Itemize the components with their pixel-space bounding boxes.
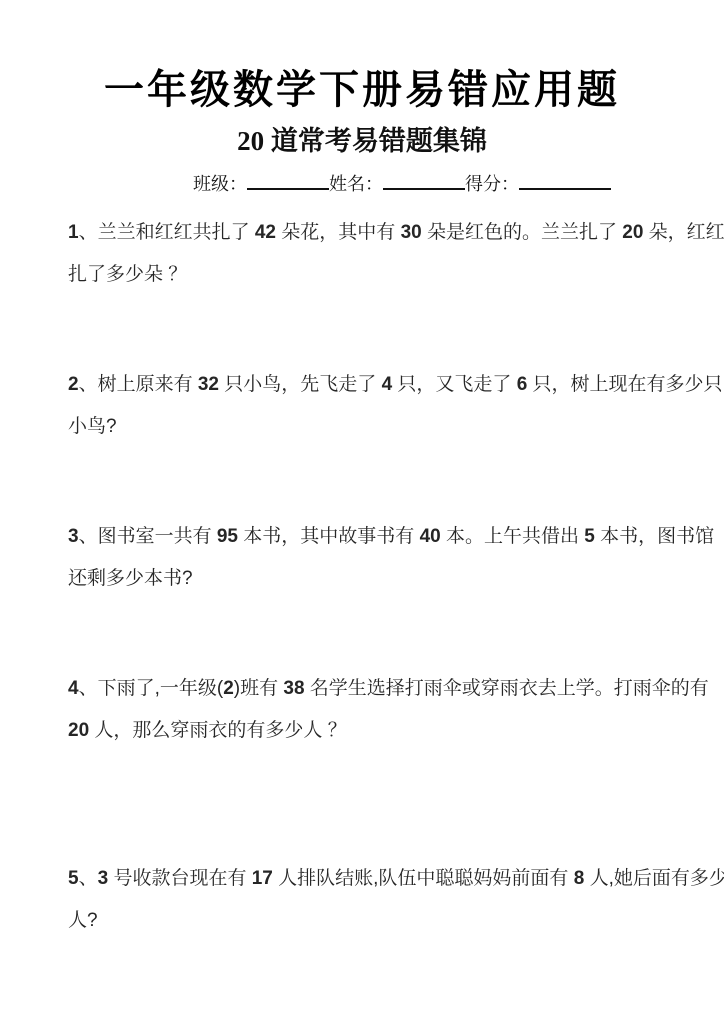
question-1: 1、兰兰和红红共扎了 42 朵花，其中有 30 朵是红色的。兰兰扎了 20 朵，… bbox=[68, 212, 684, 296]
class-label: 班级： bbox=[193, 172, 247, 196]
name-blank-field bbox=[383, 172, 465, 190]
question-3-line-2: 还剩多少本书? bbox=[68, 558, 684, 600]
question-5-line-2: 人? bbox=[68, 900, 684, 942]
question-5: 5、3 号收款台现在有 17 人排队结账,队伍中聪聪妈妈前面有 8 人,她后面有… bbox=[68, 858, 684, 942]
question-list: 1、兰兰和红红共扎了 42 朵花，其中有 30 朵是红色的。兰兰扎了 20 朵，… bbox=[0, 212, 724, 942]
question-3-line-1: 3、图书室一共有 95 本书，其中故事书有 40 本。上午共借出 5 本书，图书… bbox=[68, 516, 684, 558]
question-2: 2、树上原来有 32 只小鸟，先飞走了 4 只，又飞走了 6 只，树上现在有多少… bbox=[68, 364, 684, 448]
question-1-line-2: 扎了多少朵 ？ bbox=[68, 254, 684, 296]
question-4-line-2: 20 人，那么穿雨衣的有多少人 ？ bbox=[68, 710, 684, 752]
name-label: 姓名： bbox=[329, 172, 383, 196]
question-4: 4、下雨了,一年级(2)班有 38 名学生选择打雨伞或穿雨衣去上学。打雨伞的有 … bbox=[68, 668, 684, 752]
question-5-line-1: 5、3 号收款台现在有 17 人排队结账,队伍中聪聪妈妈前面有 8 人,她后面有… bbox=[68, 858, 684, 900]
question-2-line-2: 小鸟? bbox=[68, 406, 684, 448]
question-4-line-1: 4、下雨了,一年级(2)班有 38 名学生选择打雨伞或穿雨衣去上学。打雨伞的有 bbox=[68, 668, 684, 710]
student-info-row: 班级：姓名：得分： bbox=[40, 172, 724, 196]
worksheet-page: 一年级数学下册易错应用题 20 道常考易错题集锦 班级：姓名：得分： 1、兰兰和… bbox=[0, 0, 724, 1024]
score-blank-field bbox=[519, 172, 611, 190]
question-3: 3、图书室一共有 95 本书，其中故事书有 40 本。上午共借出 5 本书，图书… bbox=[68, 516, 684, 600]
class-blank-field bbox=[247, 172, 329, 190]
question-1-line-1: 1、兰兰和红红共扎了 42 朵花，其中有 30 朵是红色的。兰兰扎了 20 朵，… bbox=[68, 212, 684, 254]
question-2-line-1: 2、树上原来有 32 只小鸟，先飞走了 4 只，又飞走了 6 只，树上现在有多少… bbox=[68, 364, 684, 406]
score-label: 得分： bbox=[465, 172, 519, 196]
page-subtitle: 20 道常考易错题集锦 bbox=[0, 122, 724, 160]
page-title: 一年级数学下册易错应用题 bbox=[0, 66, 724, 114]
